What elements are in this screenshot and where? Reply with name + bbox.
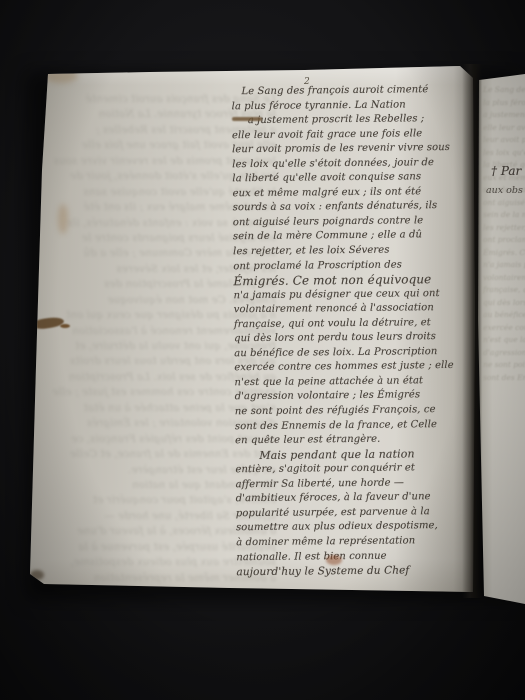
bleedthrough-line: volontairement renoncé à l'association (483, 272, 525, 285)
right-page-text-fragment: aux obs (486, 185, 523, 196)
bleedthrough-line: elle leur avoit fait grace une fois elle (483, 122, 525, 135)
bleedthrough-line: aujourd'huy le Systeme du Chef (42, 601, 276, 616)
bleedthrough-line: les rejetter, et les loix Séveres (483, 222, 525, 235)
photo: Le Sang des françois auroit cimentéla pl… (0, 0, 525, 700)
page-fold-shading (28, 64, 476, 596)
bleedthrough-line: française, qui ont voulu la détruire, et (483, 284, 525, 297)
bleedthrough-line: les loix qu'elle s'étoit données, jouir … (483, 147, 525, 160)
bleedthrough-line: n'a jamais pu désigner que ceux qui ont (483, 259, 525, 272)
bleedthrough-line: sein de la mère Commune ; elle a dû (483, 209, 525, 222)
bleedthrough-line: la plus féroce tyrannie. La Nation (483, 97, 525, 110)
bleedthrough-line: ont proclamé la Proscription des (483, 234, 525, 247)
page-fold-shadow (462, 64, 482, 598)
bleedthrough-line: Émigrés. Ce mot non équivoque (483, 247, 525, 260)
bleedthrough-line: exercée contre ces hommes est juste ; el… (483, 322, 525, 335)
bleedthrough-line: qui dès lors ont perdu tous leurs droits (483, 297, 525, 310)
manuscript-page-left: Le Sang des françois auroit cimentéla pl… (28, 64, 476, 596)
bleedthrough-line: d'agression volontaire ; les Émigrés (483, 347, 525, 360)
right-page-text-fragment: † Par (491, 164, 521, 178)
bleedthrough-line: sont des Ennemis de la france, et Celle (483, 372, 525, 385)
bleedthrough-line: au bénéfice de ses loix. La Proscription (483, 309, 525, 322)
bleedthrough-line: ne sont point des réfugiés François, ce (483, 359, 525, 372)
bleedthrough-line: n'est que la peine attachée à un état (483, 334, 525, 347)
bleedthrough-line: leur avoit promis de les revenir vivre s… (483, 134, 525, 147)
manuscript-page-right: Le Sang des françois auroit cimentéla pl… (477, 70, 525, 604)
bleedthrough-line: a justement proscrit les Rebelles ; (483, 109, 525, 122)
bleedthrough-line: Le Sang des françois auroit cimenté (483, 84, 525, 97)
bleedthrough-text-right: Le Sang des françois auroit cimentéla pl… (483, 84, 525, 384)
bleedthrough-line: ont aiguisé leurs poignards contre le (483, 197, 525, 210)
